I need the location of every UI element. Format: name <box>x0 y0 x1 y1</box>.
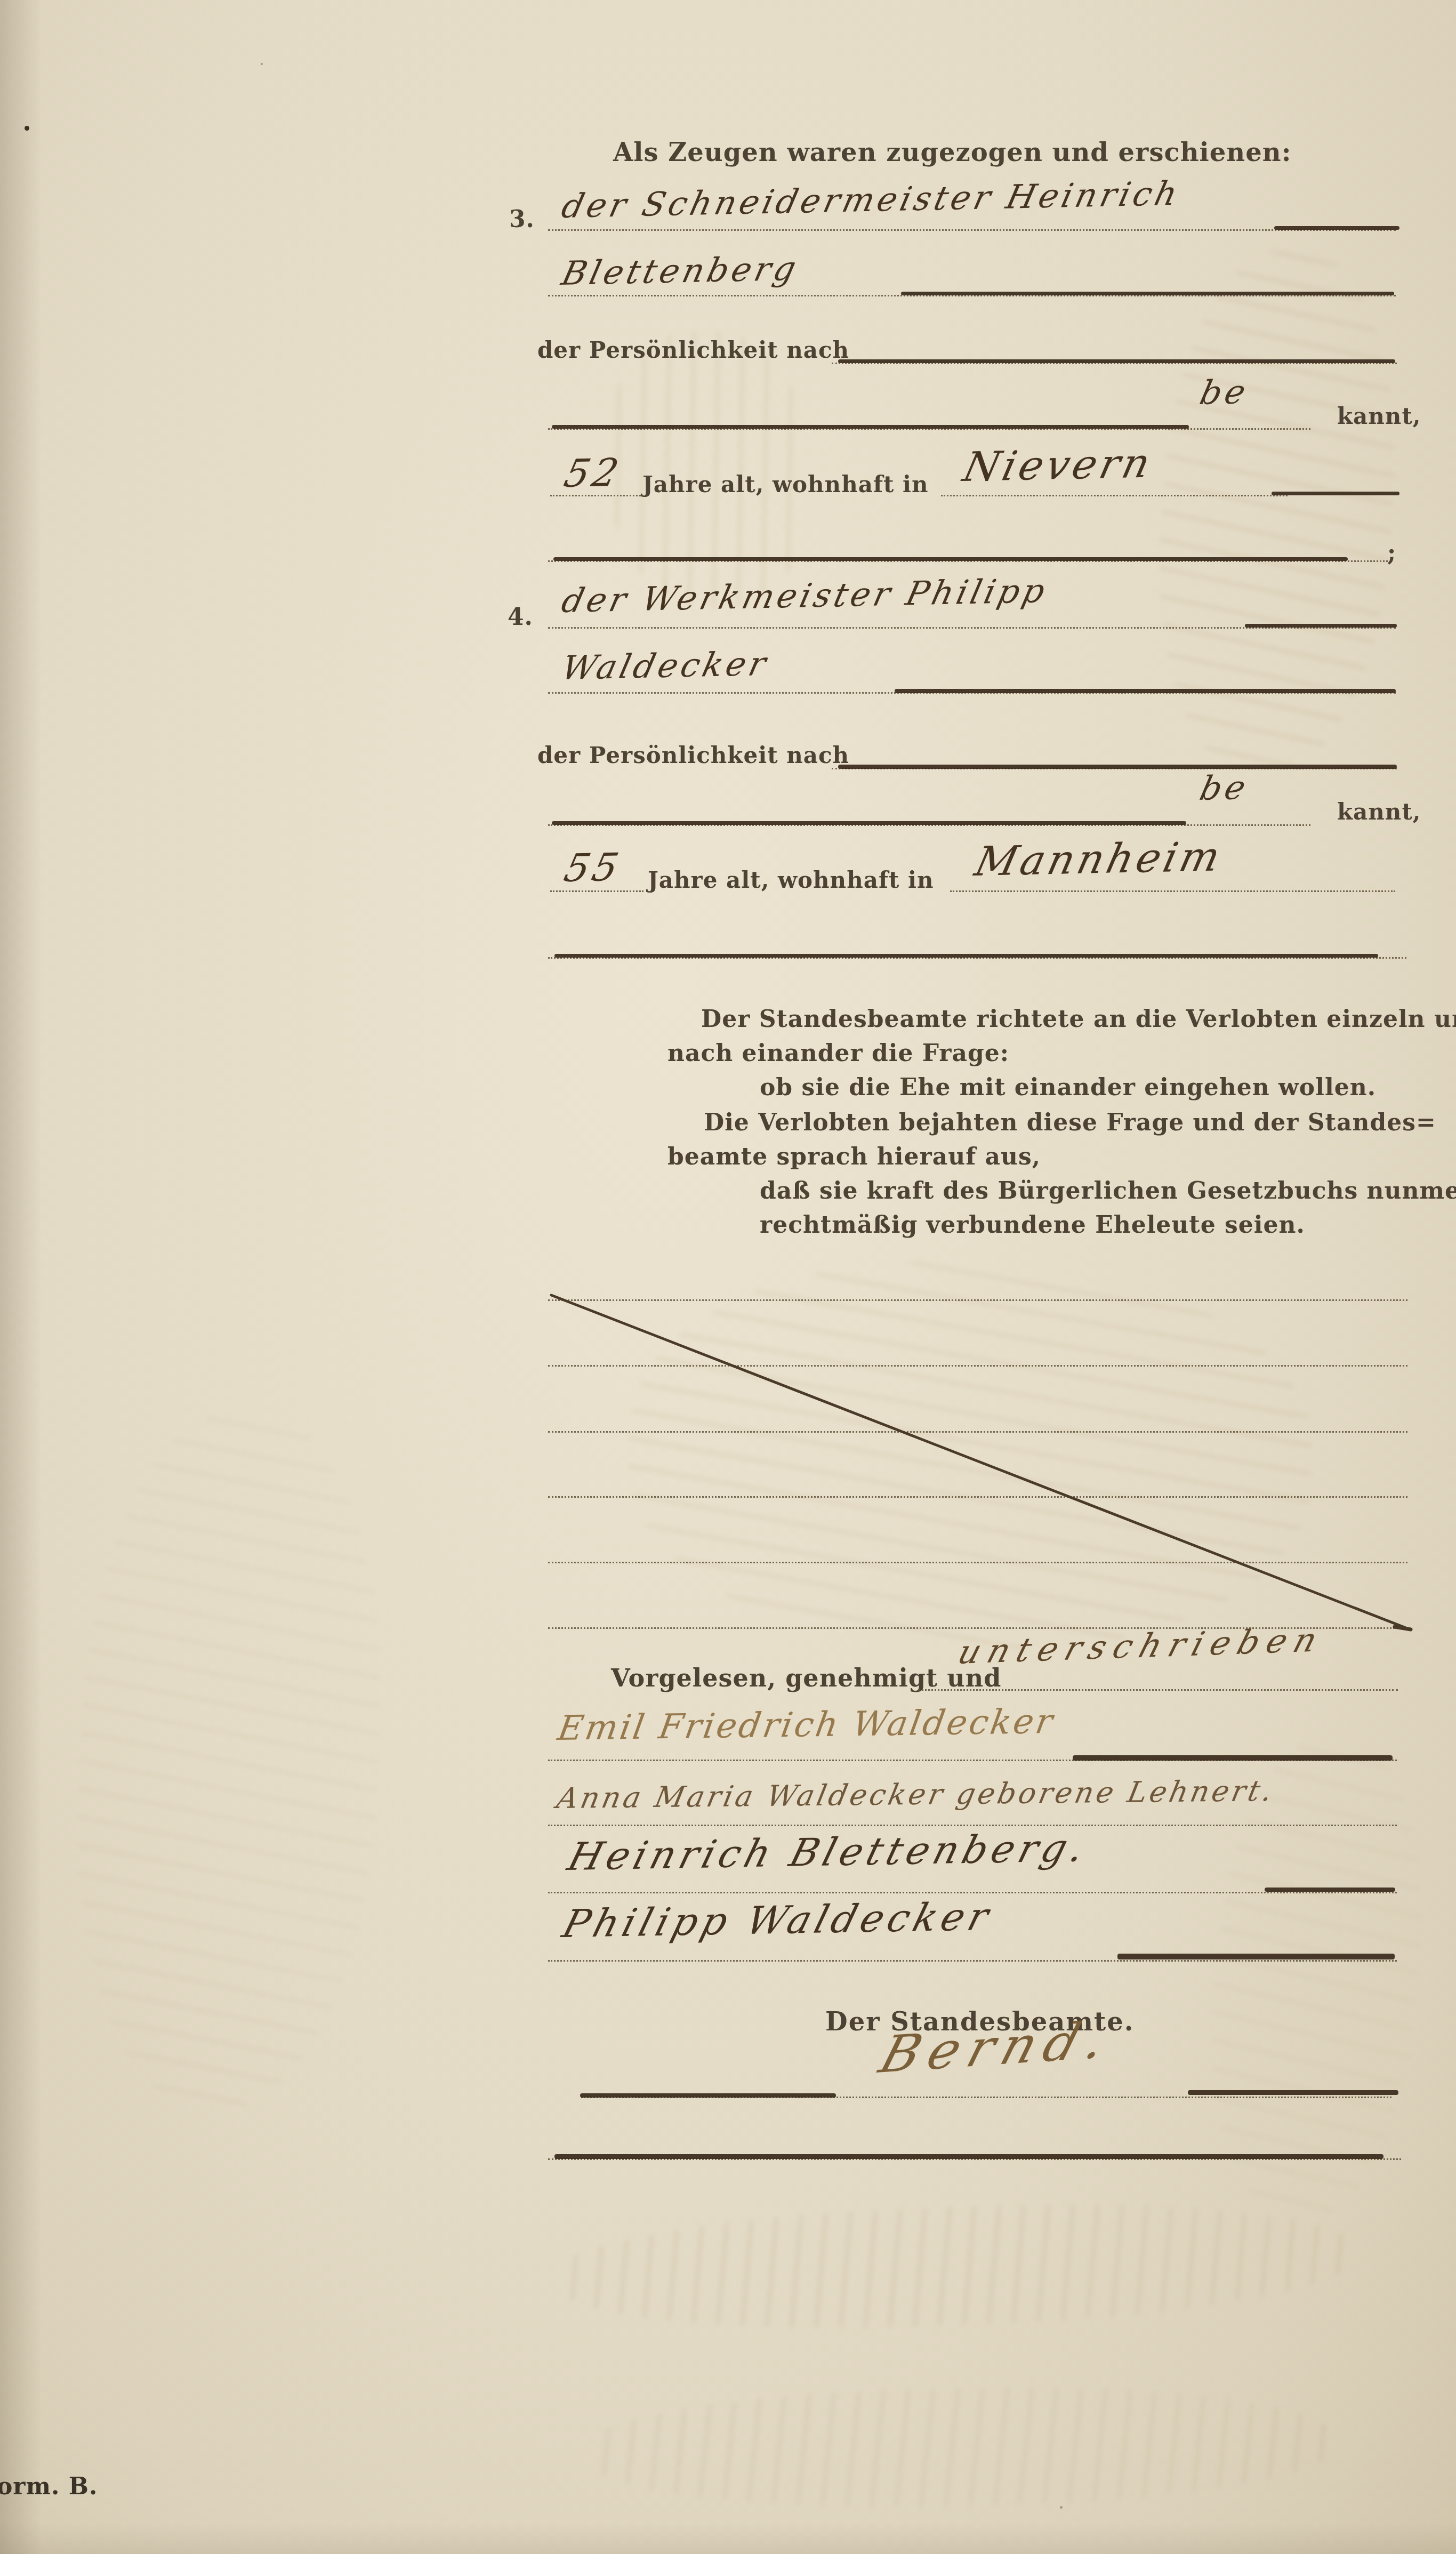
page-edge-shadow <box>0 0 42 2554</box>
ink-fill-stroke <box>552 821 1186 825</box>
paper-speck <box>25 126 29 131</box>
witness3-entry-line2: Blettenberg <box>559 252 802 290</box>
witness4-age: 55 <box>561 848 625 887</box>
ink-fill-stroke <box>1073 1755 1393 1761</box>
signature-witness3: Heinrich Blettenberg. <box>564 1828 1092 1876</box>
ruled-line <box>550 495 643 496</box>
registrar-signature: Bernd. <box>874 2014 1120 2081</box>
ink-fill-stroke <box>553 557 1348 561</box>
page-bottom-shadow <box>0 2522 1456 2554</box>
ink-fill-stroke <box>895 689 1396 693</box>
ruled-line <box>548 1892 1397 1893</box>
ink-fill-stroke <box>838 359 1395 363</box>
witness4-number: 4. <box>508 606 533 629</box>
witness3-entry-line1: der Schneidermeister Heinrich <box>559 177 1184 223</box>
ink-fill-stroke <box>838 765 1397 769</box>
bleed-through-smudge <box>585 2382 1334 2512</box>
paper-speck <box>261 63 263 65</box>
witness4-identity-handwritten: be <box>1197 771 1252 805</box>
witness4-residence: Mannheim <box>971 836 1227 882</box>
ink-fill-stroke <box>1188 2090 1398 2095</box>
ink-fill-stroke <box>552 425 1189 429</box>
bleed-through-smudge <box>62 1405 396 2114</box>
witness3-age: 52 <box>561 453 625 493</box>
witness4-identity-suffix: kannt, <box>1337 801 1421 823</box>
witness3-identity-label: der Persönlichkeit nach <box>537 339 849 362</box>
ruled-line <box>548 229 1396 231</box>
declaration-line: nach einander die Frage: <box>667 1042 1009 1065</box>
witness3-identity-suffix: kannt, <box>1337 405 1421 428</box>
form-note: orm. B. <box>0 2475 98 2499</box>
declaration-line: daß sie kraft des Bürgerlichen Gesetzbuc… <box>760 1179 1456 1203</box>
declaration-line: Der Standesbeamte richtete an die Verlob… <box>701 1008 1456 1031</box>
closing-printed: Vorgelesen, genehmigt und <box>611 1666 1001 1690</box>
ink-fill-stroke <box>1245 624 1397 628</box>
ink-fill-stroke <box>1274 226 1399 230</box>
declaration-line: Die Verlobten bejahten diese Frage und d… <box>704 1111 1436 1135</box>
paper-speck <box>1060 2506 1063 2509</box>
ink-fill-stroke <box>554 2154 1383 2159</box>
witness4-entry-line2: Waldecker <box>559 647 772 685</box>
declaration-line: ob sie die Ehe mit einander eingehen wol… <box>760 1076 1376 1099</box>
ruled-line <box>548 1960 1397 1962</box>
witnesses-header: Als Zeugen waren zugezogen und erschiene… <box>613 140 1291 165</box>
ink-fill-stroke <box>554 954 1378 958</box>
ruled-line <box>941 495 1288 496</box>
declaration-line: beamte sprach hierauf aus, <box>667 1145 1041 1169</box>
witness3-age-label: Jahre alt, wohnhaft in <box>642 473 928 496</box>
witness4-identity-label: der Persönlichkeit nach <box>537 744 849 767</box>
ruled-line <box>918 1689 1398 1691</box>
signature-groom: Emil Friedrich Waldecker <box>556 1705 1057 1746</box>
signature-witness4: Philipp Waldecker <box>559 1897 997 1943</box>
witness3-identity-handwritten: be <box>1197 375 1252 409</box>
witness3-number: 3. <box>509 208 535 231</box>
witness4-age-label: Jahre alt, wohnhaft in <box>648 869 934 892</box>
signature-bride: Anna Maria Waldecker geborene Lehnert. <box>554 1777 1277 1813</box>
witness3-separator: ; <box>1387 542 1396 565</box>
cross-out-stroke <box>544 1288 1418 1640</box>
witness3-residence: Nievern <box>960 443 1157 487</box>
ruled-line <box>548 1825 1397 1826</box>
ink-fill-stroke <box>1117 1954 1395 1959</box>
bleed-through-smudge <box>553 2194 1356 2339</box>
ink-fill-stroke <box>1272 492 1399 495</box>
declaration-line: rechtmäßig verbundene Eheleute seien. <box>760 1214 1305 1237</box>
ink-fill-stroke <box>1265 1888 1395 1892</box>
bleed-through-smudge <box>1144 243 1409 781</box>
bleed-through-smudge <box>594 321 824 618</box>
ruled-line <box>550 890 643 892</box>
ink-fill-stroke <box>580 2093 836 2098</box>
ruled-line <box>950 890 1395 892</box>
ink-fill-stroke <box>901 292 1394 295</box>
registry-document-page: Als Zeugen waren zugezogen und erschiene… <box>0 0 1456 2554</box>
witness4-entry-line1: der Werkmeister Philipp <box>559 574 1051 617</box>
